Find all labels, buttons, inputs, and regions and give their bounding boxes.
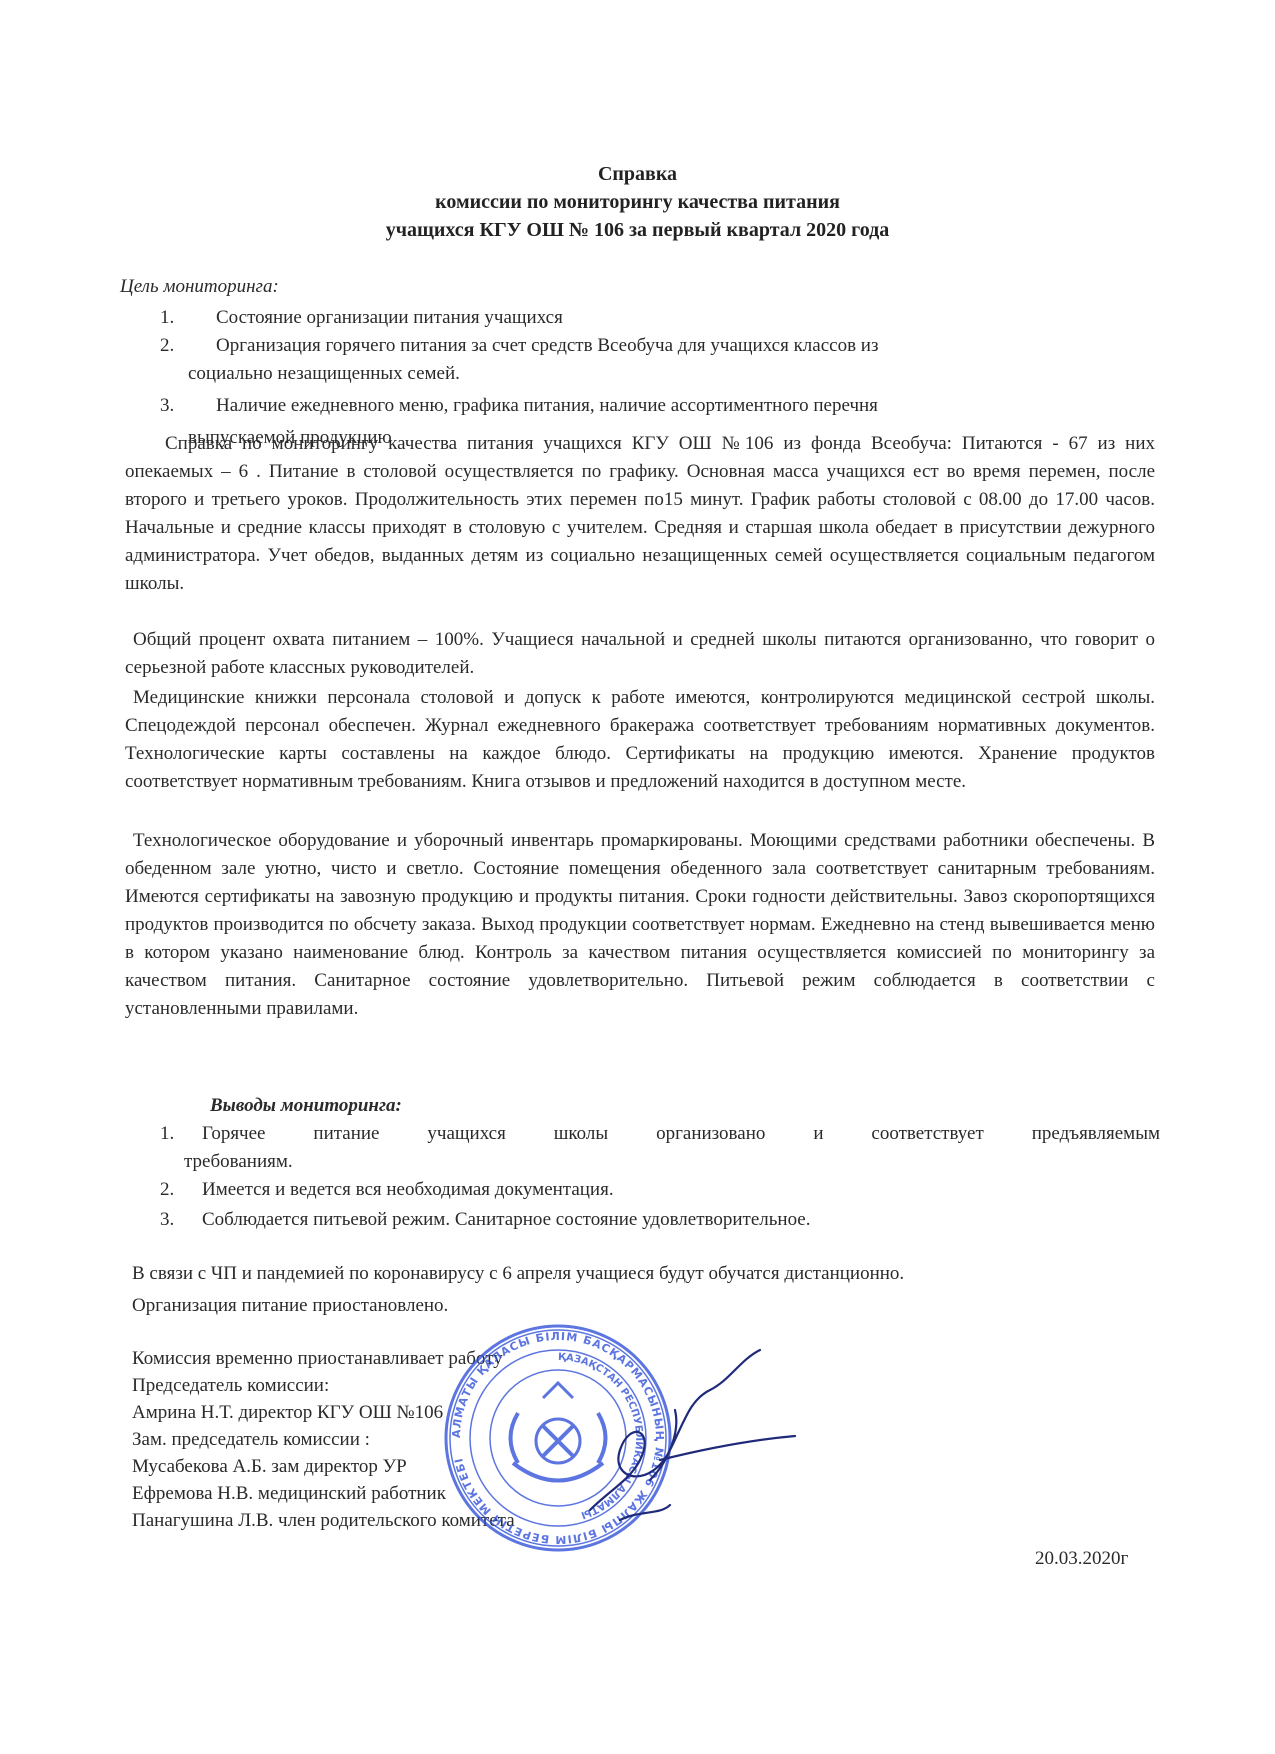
paragraph-summary: Справка по мониторингу качества питания … [125, 430, 1155, 598]
goal-number: 2. [160, 332, 174, 360]
conclusion-text: Горячее питание учащихся школы организов… [202, 1123, 1160, 1144]
title-line-3: учащихся КГУ ОШ № 106 за первый квартал … [0, 216, 1275, 244]
member-medical: Ефремова Н.В. медицинский работник [132, 1480, 515, 1507]
deputy-name: Мусабекова А.Б. зам директор УР [132, 1453, 515, 1480]
document-date: 20.03.2020г [1035, 1548, 1128, 1570]
conclusion-item: 1. Горячее питание учащихся школы органи… [120, 1120, 1160, 1148]
document-page: Справка комиссии по мониторингу качества… [0, 0, 1275, 1754]
paragraph-equipment: Технологическое оборудование и уборочный… [125, 827, 1155, 1023]
paragraph-coverage: Общий процент охвата питанием – 100%. Уч… [125, 626, 1155, 682]
goal-item: 1. Состояние организации питания учащихс… [120, 304, 1160, 332]
goal-text: Наличие ежедневного меню, графика питани… [216, 395, 878, 416]
conclusion-item: 3. Соблюдается питьевой режим. Санитарно… [120, 1206, 1160, 1234]
deputy-label: Зам. председатель комиссии : [132, 1426, 515, 1453]
signature-icon [560, 1340, 800, 1540]
goal-item: 2. Организация горячего питания за счет … [120, 332, 1160, 388]
goal-text: Состояние организации питания учащихся [216, 307, 563, 328]
conclusions-list: 1. Горячее питание учащихся школы органи… [120, 1120, 1160, 1234]
commission-suspended: Комиссия временно приостанавливает работ… [132, 1345, 515, 1372]
document-title: Справка комиссии по мониторингу качества… [0, 160, 1275, 244]
title-line-1: Справка [0, 160, 1275, 188]
conclusion-text: Соблюдается питьевой режим. Санитарное с… [202, 1209, 810, 1230]
goals-heading: Цель мониторинга: [120, 276, 279, 298]
goal-number: 1. [160, 304, 174, 332]
conclusion-item-continuation: требованиям. [120, 1148, 1160, 1176]
conclusion-number: 2. [160, 1176, 174, 1204]
signatories-block: Комиссия временно приостанавливает работ… [132, 1345, 515, 1534]
conclusions-heading: Выводы мониторинга: [210, 1095, 402, 1117]
member-parent: Панагушина Л.В. член родительского комит… [132, 1507, 515, 1534]
conclusion-item: 2. Имеется и ведется вся необходимая док… [120, 1176, 1160, 1204]
conclusion-text-continuation: требованиям. [184, 1151, 293, 1172]
note-line-1: В связи с ЧП и пандемией по коронавирусу… [132, 1258, 904, 1290]
svg-text:ҚАЗАҚСТАН РЕСПУБЛИКАСЫ АЛМАТЫ: ҚАЗАҚСТАН РЕСПУБЛИКАСЫ АЛМАТЫ [558, 1352, 644, 1520]
pandemic-note: В связи с ЧП и пандемией по коронавирусу… [132, 1258, 904, 1322]
goal-text: Организация горячего питания за счет сре… [216, 335, 878, 356]
conclusion-text: Имеется и ведется вся необходимая докуме… [202, 1179, 614, 1200]
goal-number: 3. [160, 392, 174, 420]
chairman-name: Амрина Н.Т. директор КГУ ОШ №106 [132, 1399, 515, 1426]
paragraph-medical: Медицинские книжки персонала столовой и … [125, 684, 1155, 796]
title-line-2: комиссии по мониторингу качества питания [0, 188, 1275, 216]
conclusion-number: 3. [160, 1206, 174, 1234]
chairman-label: Председатель комиссии: [132, 1372, 515, 1399]
goal-text-continuation: социально незащищенных семей. [188, 360, 1160, 388]
note-line-2: Организация питание приостановлено. [132, 1290, 904, 1322]
conclusion-number: 1. [160, 1120, 174, 1148]
